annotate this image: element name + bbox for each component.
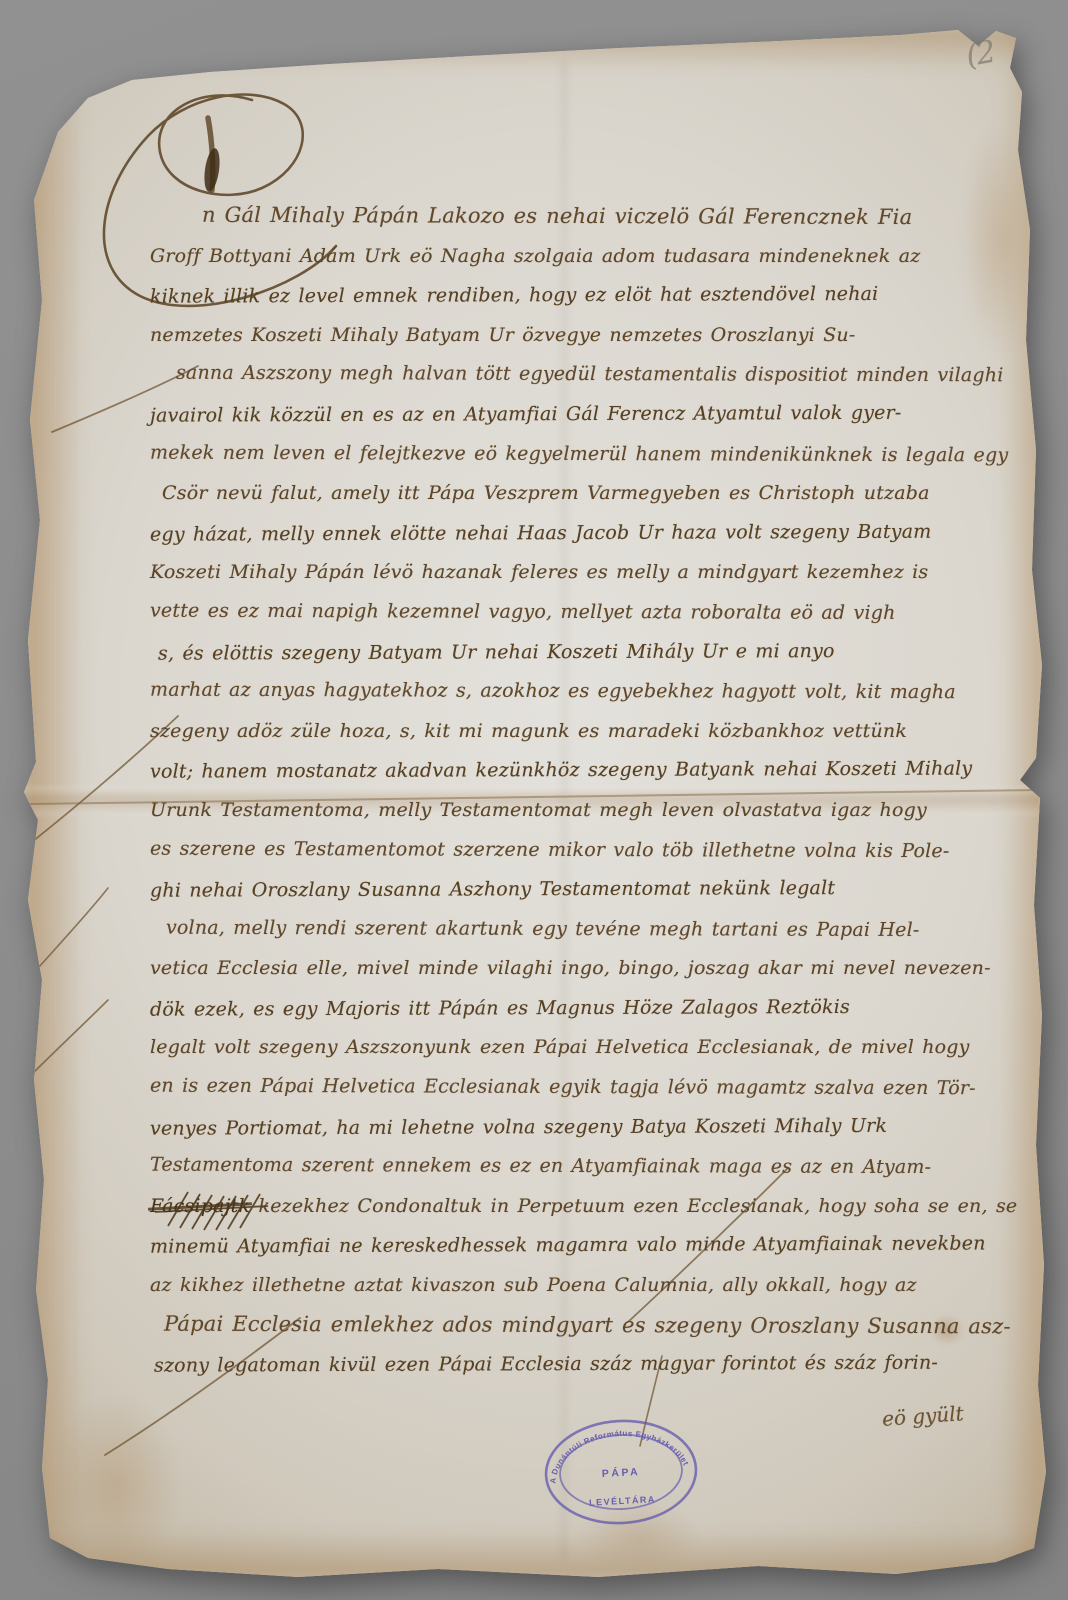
manuscript-line: nemzetes Koszeti Mihaly Batyam Ur özvegy… xyxy=(150,316,1020,356)
manuscript-line: s, és elöttis szegeny Batyam Ur nehai Ko… xyxy=(150,631,1020,674)
photo-background: (2 n Gál Mihaly Pápán Lakozo es nehai vi… xyxy=(0,0,1068,1600)
manuscript-line: volna, melly rendi szerent akartunk egy … xyxy=(150,908,1020,950)
crossed-out-word: Fácsipajtk xyxy=(150,1195,250,1217)
manuscript-page: (2 n Gál Mihaly Pápán Lakozo es nehai vi… xyxy=(0,0,1068,1600)
edge-discoloration-top xyxy=(70,28,1030,70)
manuscript-line: kezekhez Condonaltuk in Perpetuum ezen E… xyxy=(258,1195,1017,1217)
manuscript-line: szony legatoman kivül ezen Pápai Ecclesi… xyxy=(150,1344,1020,1387)
manuscript-line: Groff Bottyani Adám Urk eö Nagha szolgai… xyxy=(150,237,1020,277)
archive-stamp: A Dunántúli Református Egyházkerület PÁP… xyxy=(538,1412,704,1532)
edge-discoloration-left xyxy=(22,90,86,1560)
ink-blot xyxy=(202,147,222,193)
manuscript-line: javairol kik közzül en es az en Atyamfia… xyxy=(150,393,1020,436)
manuscript-text: n Gál Mihaly Pápán Lakozo es nehai vicze… xyxy=(150,197,1020,1385)
manuscript-line: minemü Atyamfiai ne kereskedhessek magam… xyxy=(150,1225,1020,1268)
manuscript-line: sanna Aszszony megh halvan tött egyedül … xyxy=(150,354,1020,396)
manuscript-line: szegeny adöz züle hoza, s, kit mi magunk… xyxy=(150,712,1020,752)
edge-discoloration-bottom xyxy=(40,1530,1040,1578)
manuscript-line: ghi nehai Oroszlany Susanna Aszhony Test… xyxy=(150,868,1020,911)
manuscript-line: volt; hanem mostanatz akadvan kezünkhöz … xyxy=(150,750,1020,793)
manuscript-line: Koszeti Mihaly Pápán lévö hazanak felere… xyxy=(150,553,1020,593)
manuscript-line: Pápai Ecclesia emlekhez ados mindgyart e… xyxy=(150,1304,1020,1346)
manuscript-page-wrap: (2 n Gál Mihaly Pápán Lakozo es nehai vi… xyxy=(0,0,1068,1600)
manuscript-line: Urunk Testamentoma, melly Testamentomat … xyxy=(150,791,1020,831)
manuscript-line: n Gál Mihaly Pápán Lakozo es nehai vicze… xyxy=(150,196,1020,238)
folio-number: (2 xyxy=(963,34,997,74)
closing-phrase: eö gyült xyxy=(881,1401,964,1431)
manuscript-line: en is ezen Pápai Helvetica Ecclesianak e… xyxy=(150,1067,1020,1109)
manuscript-line: mekek nem leven el felejtkezve eö kegyel… xyxy=(150,433,1020,475)
stain-bottom-left xyxy=(50,1395,180,1575)
manuscript-line: Csör nevü falut, amely itt Pápa Veszprem… xyxy=(150,474,1020,514)
manuscript-line: Testamentoma szerent ennekem es ez en At… xyxy=(150,1146,1020,1188)
manuscript-line: egy házat, melly ennek elötte nehai Haas… xyxy=(150,512,1020,555)
manuscript-line: az kikhez illethetne aztat kivaszon sub … xyxy=(150,1266,1020,1306)
manuscript-line: marhat az anyas hagyatekhoz s, azokhoz e… xyxy=(150,671,1020,713)
manuscript-line: es szerene es Testamentomot szerzene mik… xyxy=(150,829,1020,871)
manuscript-line: vetica Ecclesia elle, mivel minde vilagh… xyxy=(150,949,1020,989)
manuscript-line: kiknek illik ez level emnek rendiben, ho… xyxy=(150,275,1020,318)
manuscript-line: vette es ez mai napigh kezemnel vagyo, m… xyxy=(150,592,1020,634)
manuscript-line-with-correction: Fácsipajtk kezekhez Condonaltuk in Perpe… xyxy=(150,1187,1020,1227)
manuscript-line: legalt volt szegeny Aszszonyunk ezen Páp… xyxy=(150,1028,1020,1068)
manuscript-line: dök ezek, es egy Majoris itt Pápán es Ma… xyxy=(150,987,1020,1030)
manuscript-line: venyes Portiomat, ha mi lehetne volna sz… xyxy=(150,1106,1020,1149)
stamp-middle-text: PÁPA xyxy=(602,1465,641,1480)
